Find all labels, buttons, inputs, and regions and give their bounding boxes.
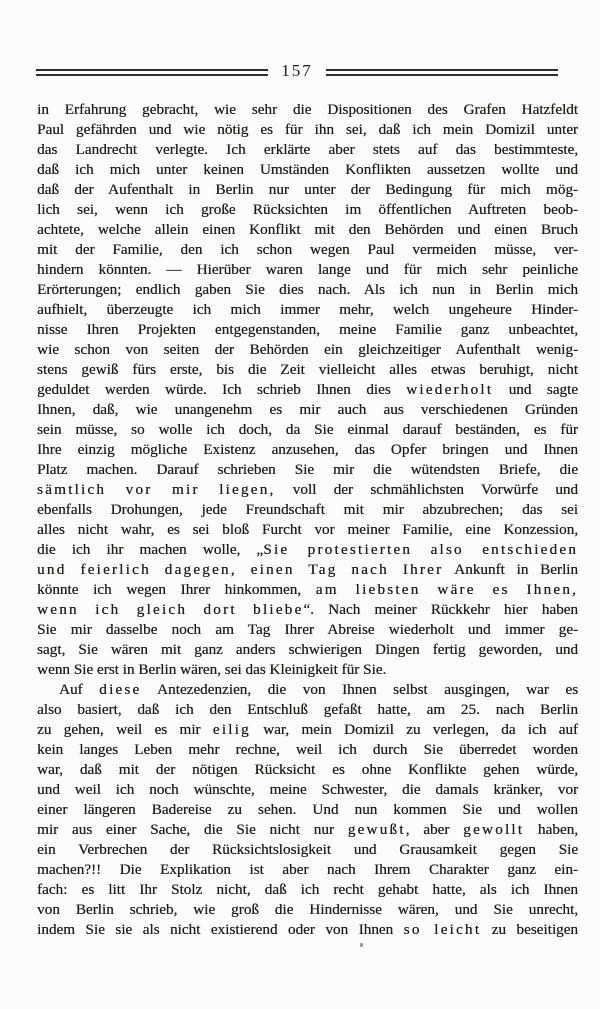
emphasized-text: eilig <box>213 721 251 738</box>
text-line: in Erfahrung gebracht, wie sehr die Disp… <box>37 100 578 120</box>
text-line: war, daß mit der nötigen Rücksicht es oh… <box>37 760 578 780</box>
text-line: sagt, Sie wären mit ganz anders schwieri… <box>37 640 578 660</box>
text-line: sein müsse, so wolle ich doch, da Sie ei… <box>37 420 578 440</box>
page-number: 157 <box>281 61 313 81</box>
text-line: ebenfalls Drohungen, jede Freundschaft m… <box>37 500 578 520</box>
text-line: wie schon von seiten der Behörden ein gl… <box>37 340 578 360</box>
text-line: aufhielt, überzeugte ich mich immer mehr… <box>37 300 578 320</box>
text-line: hindern könnten. — Hierüber waren lange … <box>37 260 578 280</box>
text-line: Erörterungen; endlich gaben Sie dies nac… <box>37 280 578 300</box>
emphasized-text: wiederholt <box>406 381 493 398</box>
text-line: und weil ich noch wünschte, meine Schwes… <box>37 780 578 800</box>
text-line: Ihre einzig mögliche Existenz anzusehen,… <box>37 440 578 460</box>
text-line: ein Verbrechen der Rücksichtslosigkeit u… <box>37 840 578 860</box>
text-line: wenn ich gleich dort bliebe“. Nach meine… <box>37 600 578 620</box>
emphasized-text: gewollt <box>463 821 524 838</box>
text-line: stens gewiß fürs erste, bis die Zeit vie… <box>37 360 578 380</box>
header-rule-left <box>36 69 268 76</box>
emphasized-text: sämtlich vor mir liegen, <box>37 481 275 498</box>
book-page: 157 in Erfahrung gebracht, wie sehr die … <box>0 0 600 1009</box>
text-line: die ich ihr machen wolle, „Sie protestie… <box>37 540 578 560</box>
text-line: das Landrecht verlegte. Ich erklärte abe… <box>37 140 578 160</box>
body-text: in Erfahrung gebracht, wie sehr die Disp… <box>37 100 578 940</box>
text-line: daß der Aufenthalt in Berlin nur unter d… <box>37 180 578 200</box>
print-artifact <box>360 943 363 947</box>
text-line: achtete, welche allein einen Konflikt mi… <box>37 220 578 240</box>
text-line: mit der Familie, den ich schon wegen Pau… <box>37 240 578 260</box>
emphasized-text: gewußt <box>348 821 406 838</box>
emphasized-text: am liebsten wäre es Ihnen, <box>316 581 578 598</box>
text-line: könnte ich wegen Ihrer hinkommen, am lie… <box>37 580 578 600</box>
page-header: 157 <box>36 61 558 83</box>
text-line: einer längeren Badereise zu sehen. Und n… <box>37 800 578 820</box>
text-line: mir aus einer Sache, die Sie nicht nur g… <box>37 820 578 840</box>
text-line: zu gehen, weil es mir eilig war, mein Do… <box>37 720 578 740</box>
emphasized-text: diese <box>99 681 141 698</box>
text-line: und feierlich dagegen, einen Tag nach Ih… <box>37 560 578 580</box>
text-line: kein langes Leben mehr rechne, weil ich … <box>37 740 578 760</box>
text-line: machen?!! Die Explikation ist aber nach … <box>37 860 578 880</box>
emphasized-text: Sie protestierten also entschieden <box>263 541 578 558</box>
emphasized-text: so leicht <box>404 921 482 938</box>
text-line: daß ich mich unter keinen Umständen Konf… <box>37 160 578 180</box>
text-line: sämtlich vor mir liegen, voll der schmäh… <box>37 480 578 500</box>
emphasized-text: wenn ich gleich dort bliebe <box>37 601 303 618</box>
text-line: indem Sie sie als nicht existierend oder… <box>37 920 578 940</box>
text-line: Sie mir dasselbe noch am Tag Ihrer Abrei… <box>37 620 578 640</box>
text-line: von Berlin schrieb, wie groß die Hindern… <box>37 900 578 920</box>
text-line: Platz machen. Darauf schrieben Sie mir d… <box>37 460 578 480</box>
emphasized-text: und feierlich dagegen, einen Tag nach Ih… <box>37 561 443 578</box>
text-line: wenn Sie erst in Berlin wären, sei das K… <box>37 660 578 680</box>
text-line: nisse Ihren Projekten entgegenstanden, m… <box>37 320 578 340</box>
text-line: lich sei, wenn ich große Rücksichten im … <box>37 200 578 220</box>
text-line: alles nicht wahr, es sei bloß Furcht vor… <box>37 520 578 540</box>
text-line: also basiert, daß ich den Entschluß gefa… <box>37 700 578 720</box>
text-line: geduldet werden würde. Ich schrieb Ihnen… <box>37 380 578 400</box>
text-line: Paul gefährden und wie nötig es für ihn … <box>37 120 578 140</box>
text-line: Auf diese Antezedenzien, die von Ihnen s… <box>37 680 578 700</box>
header-rule-right <box>326 69 558 76</box>
text-line: Ihnen, daß, wie unangenehm es mir auch a… <box>37 400 578 420</box>
text-line: fach: es litt Ihr Stolz nicht, daß ich r… <box>37 880 578 900</box>
